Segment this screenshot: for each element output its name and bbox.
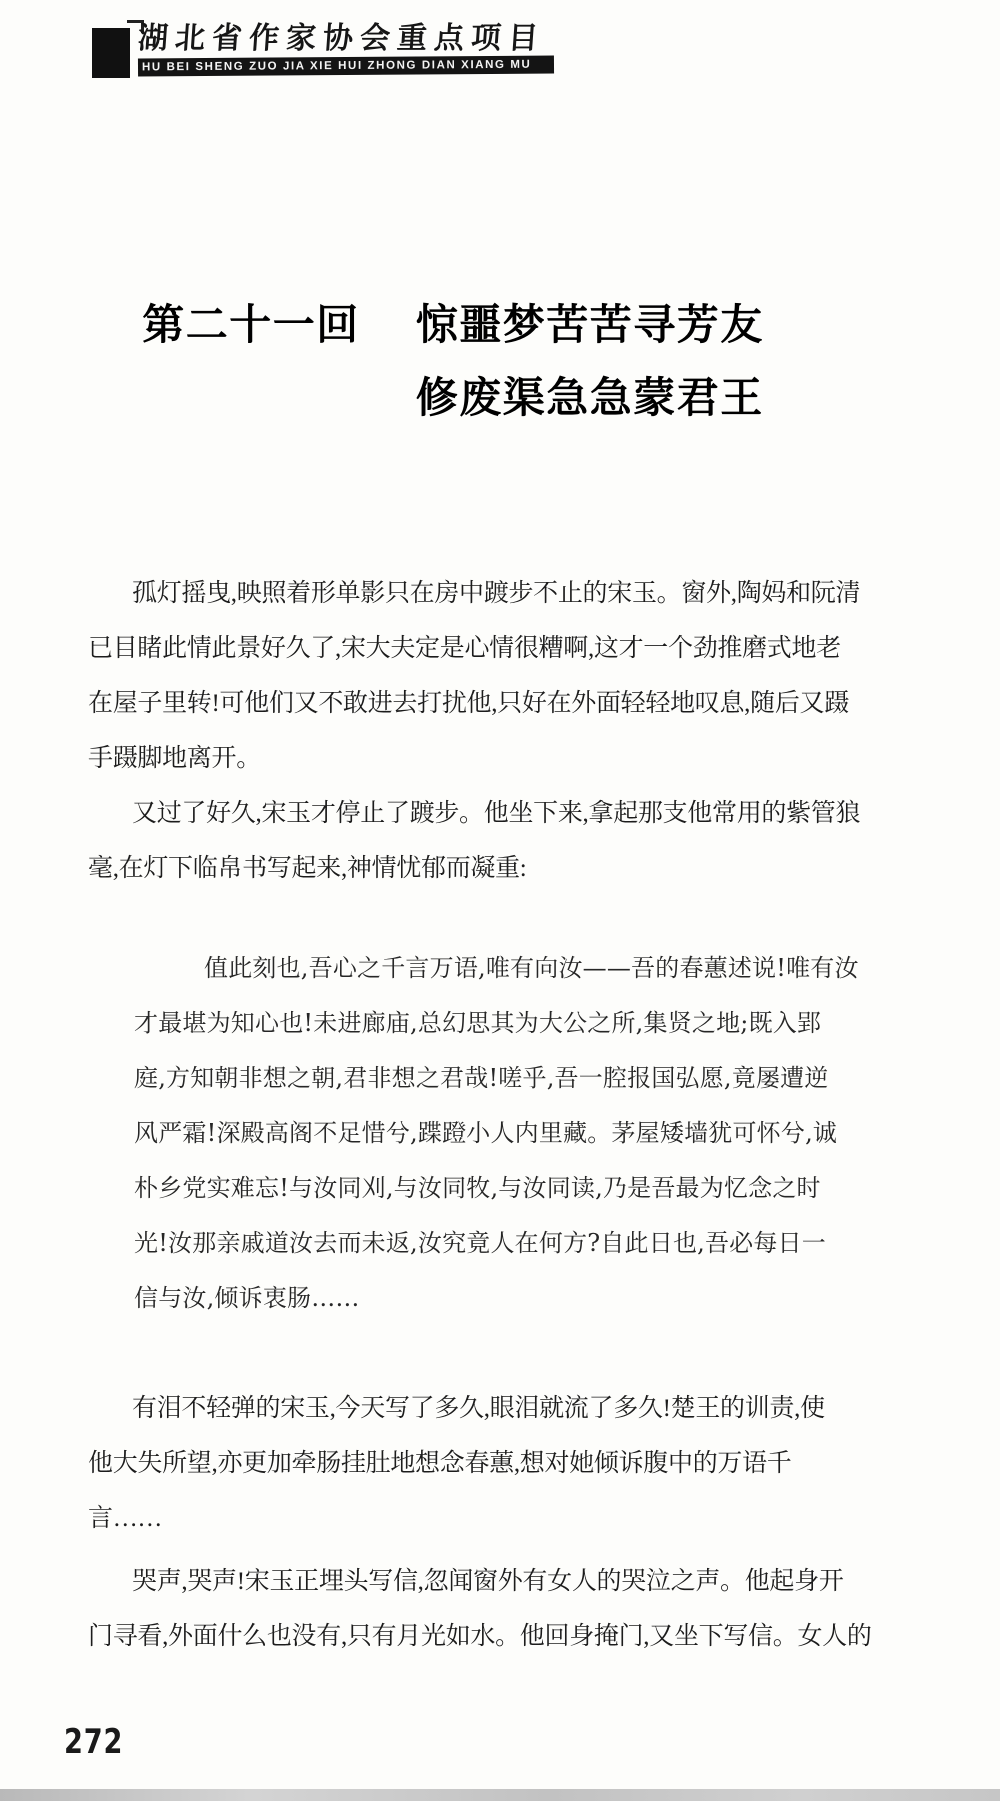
- letter-line: 才最堪为知心也!未进廊庙,总幻思其为大公之所,集贤之地;既入郢: [134, 996, 918, 1051]
- chapter-title-inner: 第二十一回惊噩梦苦苦寻芳友 修废渠急急蒙君王: [142, 290, 764, 436]
- book-page: 湖北省作家协会重点项目 HU BEI SHENG ZUO JIA XIE HUI…: [0, 0, 1000, 1801]
- chapter-title: 第二十一回惊噩梦苦苦寻芳友 修废渠急急蒙君王: [0, 290, 906, 436]
- text-line: 在屋子里转!可他们又不敢进去打扰他,只好在外面轻轻地叹息,随后又蹑: [88, 676, 918, 731]
- letter-line: 庭,方知朝非想之朝,君非想之君哉!嗟乎,吾一腔报国弘愿,竟屡遭逆: [134, 1051, 918, 1106]
- letter-line: 光!汝那亲戚道汝去而未返,汝究竟人在何方?自此日也,吾必每日一: [134, 1216, 918, 1271]
- text-line: 已目睹此情此景好久了,宋大夫定是心情很糟啊,这才一个劲推磨式地老: [88, 621, 918, 676]
- publisher-logo-icon: [92, 28, 130, 78]
- scan-bottom-edge: [0, 1789, 1000, 1801]
- letter-line: 风严霜!深殿高阁不足惜兮,蹀蹬小人内里藏。茅屋矮墙犹可怀兮,诚: [134, 1106, 918, 1161]
- text-line: 言……: [88, 1491, 918, 1546]
- page-number: 272: [64, 1722, 123, 1762]
- text-line: 毫,在灯下临帛书写起来,神情忧郁而凝重:: [88, 841, 918, 896]
- text-line: 又过了好久,宋玉才停止了踱步。他坐下来,拿起那支他常用的紫管狼: [88, 786, 918, 841]
- letter-line: 值此刻也,吾心之千言万语,唯有向汝——吾的春蕙述说!唯有汝: [134, 941, 918, 996]
- publisher-header: 湖北省作家协会重点项目 HU BEI SHENG ZUO JIA XIE HUI…: [92, 24, 554, 78]
- letter-line: 信与汝,倾诉衷肠……: [134, 1271, 918, 1326]
- chapter-number: 第二十一回: [142, 303, 360, 349]
- letter-line: 朴乡党实难忘!与汝同刈,与汝同牧,与汝同读,乃是吾最为忆念之时: [134, 1161, 918, 1216]
- publisher-text-block: 湖北省作家协会重点项目 HU BEI SHENG ZUO JIA XIE HUI…: [138, 24, 554, 75]
- text-line: 他大失所望,亦更加牵肠挂肚地想念春蕙,想对她倾诉腹中的万语千: [88, 1436, 918, 1491]
- chapter-title-line1: 第二十一回惊噩梦苦苦寻芳友: [142, 290, 764, 363]
- paragraph-4: 哭声,哭声!宋玉正埋头写信,忽闻窗外有女人的哭泣之声。他起身开 门寻看,外面什么…: [88, 1554, 918, 1664]
- paragraph-2: 又过了好久,宋玉才停止了踱步。他坐下来,拿起那支他常用的紫管狼 毫,在灯下临帛书…: [88, 786, 918, 896]
- letter-block: 值此刻也,吾心之千言万语,唯有向汝——吾的春蕙述说!唯有汝 才最堪为知心也!未进…: [134, 941, 918, 1326]
- text-line: 哭声,哭声!宋玉正埋头写信,忽闻窗外有女人的哭泣之声。他起身开: [88, 1554, 918, 1609]
- chapter-title-part1: 惊噩梦苦苦寻芳友: [416, 303, 764, 349]
- text-line: 有泪不轻弹的宋玉,今天写了多久,眼泪就流了多久!楚王的训责,使: [88, 1381, 918, 1436]
- chapter-title-line2: 修废渠急急蒙君王: [142, 363, 764, 436]
- body-text: 孤灯摇曳,映照着形单影只在房中踱步不止的宋玉。窗外,陶妈和阮清 已目睹此情此景好…: [88, 566, 918, 1664]
- text-line: 门寻看,外面什么也没有,只有月光如水。他回身掩门,又坐下写信。女人的: [88, 1609, 918, 1664]
- paragraph-3: 有泪不轻弹的宋玉,今天写了多久,眼泪就流了多久!楚王的训责,使 他大失所望,亦更…: [88, 1381, 918, 1546]
- paragraph-1: 孤灯摇曳,映照着形单影只在房中踱步不止的宋玉。窗外,陶妈和阮清 已目睹此情此景好…: [88, 566, 918, 786]
- publisher-pinyin-banner: HU BEI SHENG ZUO JIA XIE HUI ZHONG DIAN …: [138, 56, 554, 77]
- text-line: 孤灯摇曳,映照着形单影只在房中踱步不止的宋玉。窗外,陶妈和阮清: [88, 566, 918, 621]
- text-line: 手蹑脚地离开。: [88, 731, 918, 786]
- publisher-title: 湖北省作家协会重点项目: [137, 24, 555, 54]
